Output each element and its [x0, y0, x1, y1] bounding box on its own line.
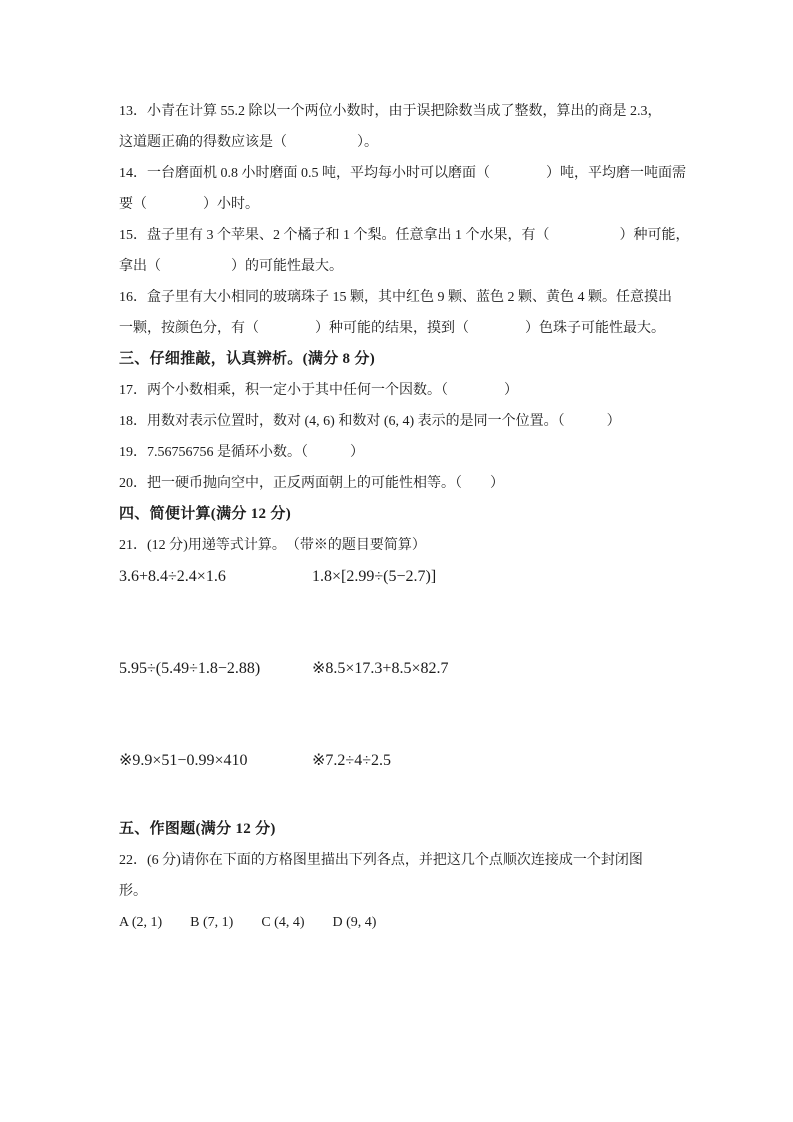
section-five-heading: 五、作图题(满分 12 分) — [119, 814, 685, 845]
question-21-instruction: 21．(12 分)用递等式计算。 （带※的题目要简算） — [119, 530, 685, 561]
question-16-line-1: 16．盒子里有大小相同的玻璃珠子 15 颗，其中红色 9 颗、蓝色 2 颗、黄色… — [119, 282, 685, 313]
calc-expression-3-right: ※7.2÷4÷2.5 — [312, 745, 685, 776]
question-17: 17．两个小数相乘，积一定小于其中任何一个因数。（ ） — [119, 375, 685, 406]
question-13-line-2: 这道题正确的得数应该是（ ）。 — [119, 127, 685, 158]
exam-content: 13．小青在计算 55.2 除以一个两位小数时，由于误把除数当成了整数，算出的商… — [119, 96, 685, 938]
calc-row-3: ※9.9×51−0.99×410 ※7.2÷4÷2.5 — [119, 745, 685, 776]
question-16-line-2: 一颗，按颜色分，有（ ）种可能的结果，摸到（ ）色珠子可能性最大。 — [119, 313, 685, 344]
question-13-line-1: 13．小青在计算 55.2 除以一个两位小数时，由于误把除数当成了整数，算出的商… — [119, 96, 685, 127]
working-space — [119, 684, 685, 745]
calc-expression-2-right: ※8.5×17.3+8.5×82.7 — [312, 653, 685, 684]
exam-page: 13．小青在计算 55.2 除以一个两位小数时，由于误把除数当成了整数，算出的商… — [0, 0, 793, 1122]
question-14-line-2: 要（ ）小时。 — [119, 189, 685, 220]
calc-expression-1-right: 1.8×[2.99÷(5−2.7)] — [312, 561, 685, 592]
question-15-line-2: 拿出（ ）的可能性最大。 — [119, 251, 685, 282]
calc-expression-1-left: 3.6+8.4÷2.4×1.6 — [119, 561, 312, 592]
section-four-heading: 四、简便计算(满分 12 分) — [119, 499, 685, 530]
working-space — [119, 592, 685, 653]
calc-expression-2-left: 5.95÷(5.49÷1.8−2.88) — [119, 653, 312, 684]
calc-row-2: 5.95÷(5.49÷1.8−2.88) ※8.5×17.3+8.5×82.7 — [119, 653, 685, 684]
question-14-line-1: 14．一台磨面机 0.8 小时磨面 0.5 吨，平均每小时可以磨面（ ）吨，平均… — [119, 158, 685, 189]
question-22-line-2: 形。 — [119, 876, 685, 907]
question-18: 18．用数对表示位置时，数对 (4, 6) 和数对 (6, 4) 表示的是同一个… — [119, 406, 685, 437]
question-15-line-1: 15．盘子里有 3 个苹果、2 个橘子和 1 个梨。任意拿出 1 个水果，有（ … — [119, 220, 685, 251]
question-22-points: A (2, 1) B (7, 1) C (4, 4) D (9, 4) — [119, 907, 685, 938]
question-19: 19．7.56756756 是循环小数。（ ） — [119, 437, 685, 468]
calc-expression-3-left: ※9.9×51−0.99×410 — [119, 745, 312, 776]
section-three-heading: 三、仔细推敲，认真辨析。(满分 8 分) — [119, 344, 685, 375]
section-gap — [119, 776, 685, 814]
question-20: 20．把一硬币抛向空中，正反两面朝上的可能性相等。（ ） — [119, 468, 685, 499]
calc-row-1: 3.6+8.4÷2.4×1.6 1.8×[2.99÷(5−2.7)] — [119, 561, 685, 592]
question-22-line-1: 22．(6 分)请你在下面的方格图里描出下列各点，并把这几个点顺次连接成一个封闭… — [119, 845, 685, 876]
